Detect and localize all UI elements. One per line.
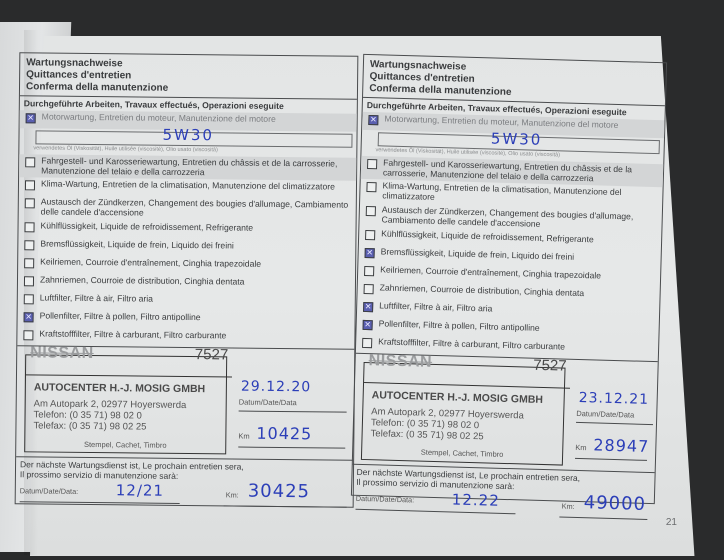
date-km-column: 29.12.20 Datum/Date/Data Km 10425 bbox=[230, 349, 354, 460]
work-item-label: Bremsflüssigkeit, Liquide de frein, Liqu… bbox=[381, 247, 575, 262]
checkbox-empty-icon[interactable] bbox=[364, 266, 374, 276]
work-item-label: Fahrgestell- und Karosseriewartung, Entr… bbox=[41, 156, 352, 179]
stamp-address-block: Am Autopark 2, 02977 Hoyerswerda Telefon… bbox=[370, 407, 523, 444]
service-record-card-2: Wartungsnachweise Quittances d'entretien… bbox=[351, 54, 667, 504]
page-number: 21 bbox=[666, 517, 677, 528]
work-items-list: ✕Motorwartung, Entretien du moteur, Manu… bbox=[356, 112, 665, 361]
work-item-label: Kühlflüssigkeit, Liquide de refroidissem… bbox=[40, 222, 253, 234]
checkbox-checked-icon[interactable]: ✕ bbox=[363, 320, 373, 330]
stamp-section: NISSAN 7527 AUTOCENTER H.-J. MOSIG GMBH … bbox=[353, 353, 658, 472]
work-item-label: Zahnriemen, Courroie de distribution, Ci… bbox=[40, 276, 245, 288]
checkbox-empty-icon[interactable] bbox=[366, 206, 376, 216]
stamp-fax: Telefax: (0 35 71) 98 02 25 bbox=[33, 421, 186, 434]
checkbox-empty-icon[interactable] bbox=[24, 294, 34, 304]
next-service-section: Der nächste Wartungsdienst ist, Le proch… bbox=[351, 464, 655, 531]
checkbox-empty-icon[interactable] bbox=[24, 258, 34, 268]
oil-viscosity-value: 5W30 bbox=[162, 127, 214, 145]
checkbox-checked-icon[interactable]: ✕ bbox=[24, 312, 34, 322]
checkbox-empty-icon[interactable] bbox=[364, 284, 374, 294]
header-line-it: Conferma della manutenzione bbox=[26, 81, 351, 96]
checkbox-empty-icon[interactable] bbox=[24, 240, 34, 250]
dealer-stamp: NISSAN 7527 AUTOCENTER H.-J. MOSIG GMBH … bbox=[361, 362, 566, 466]
checkbox-empty-icon[interactable] bbox=[23, 330, 33, 340]
stamp-caption: Stempel, Cachet, Timbro bbox=[25, 440, 225, 451]
checkbox-empty-icon[interactable] bbox=[25, 181, 35, 191]
date-label: Datum/Date/Data bbox=[576, 410, 654, 425]
checkbox-empty-icon[interactable] bbox=[366, 182, 376, 192]
service-date-value: 23.12.21 bbox=[578, 390, 649, 408]
stamp-brand: NISSAN bbox=[30, 345, 94, 364]
oil-viscosity-value: 5W30 bbox=[491, 131, 543, 150]
work-item-label: Klima-Wartung, Entretien de la climatisa… bbox=[41, 180, 335, 193]
stamp-rule bbox=[364, 382, 570, 389]
stamp-rule bbox=[26, 375, 232, 378]
checkbox-empty-icon[interactable] bbox=[362, 338, 372, 348]
work-items-list: ✕Motorwartung, Entretien du moteur, Manu… bbox=[17, 111, 356, 349]
work-item-label: Luftfilter, Filtre à air, Filtro aria bbox=[379, 301, 492, 314]
km-value: 28947 bbox=[593, 436, 649, 456]
work-item-label: Zahnriemen, Courroie de distribution, Ci… bbox=[380, 283, 585, 299]
work-item-label: Keilriemen, Courroie d'entraînement, Cin… bbox=[40, 258, 261, 270]
km-underline bbox=[575, 458, 647, 461]
next-km-underline bbox=[559, 516, 647, 519]
next-km-label: Km: bbox=[226, 492, 239, 501]
dealer-stamp: NISSAN 7527 AUTOCENTER H.-J. MOSIG GMBH … bbox=[24, 355, 227, 455]
checkbox-empty-icon[interactable] bbox=[25, 199, 35, 209]
work-item-label: Kraftstofffilter, Filtre à carburant, Fi… bbox=[39, 330, 226, 342]
stamp-caption: Stempel, Cachet, Timbro bbox=[362, 447, 562, 461]
checkbox-checked-icon[interactable]: ✕ bbox=[363, 302, 373, 312]
next-date-label: Datum/Date/Data: bbox=[356, 495, 415, 505]
stamp-dealer-code: 7527 bbox=[533, 357, 567, 375]
km-value: 10425 bbox=[256, 425, 312, 444]
work-item-label: Motorwartung, Entretien du moteur, Manut… bbox=[42, 113, 276, 125]
checkbox-empty-icon[interactable] bbox=[24, 276, 34, 286]
work-item-label: Pollenfilter, Filtre à pollen, Filtro an… bbox=[379, 319, 540, 333]
card-header: Wartungsnachweise Quittances d'entretien… bbox=[20, 53, 357, 100]
service-record-card-1: Wartungsnachweise Quittances d'entretien… bbox=[15, 52, 359, 508]
next-service-section: Der nächste Wartungsdienst ist, Le proch… bbox=[16, 456, 354, 519]
stamp-brand: NISSAN bbox=[368, 352, 432, 372]
checkbox-empty-icon[interactable] bbox=[24, 222, 34, 232]
work-item-label: Keilriemen, Courroie d'entraînement, Cin… bbox=[380, 265, 601, 281]
stamp-company: AUTOCENTER H.-J. MOSIG GMBH bbox=[372, 389, 544, 406]
work-item-label: Austausch der Zündkerzen, Changement des… bbox=[41, 198, 352, 221]
work-item[interactable]: Austausch der Zündkerzen, Changement des… bbox=[19, 196, 356, 223]
next-km-underline bbox=[224, 506, 347, 508]
work-item-label: Kühlflüssigkeit, Liquide de refroidissem… bbox=[381, 229, 594, 245]
checkbox-checked-icon[interactable]: ✕ bbox=[365, 248, 375, 258]
km-label: Km bbox=[575, 444, 586, 453]
work-item-label: Luftfilter, Filtre à air, Filtro aria bbox=[40, 294, 153, 305]
stamp-address-block: Am Autopark 2, 02977 Hoyerswerda Telefon… bbox=[33, 400, 186, 434]
next-date-label: Datum/Date/Data: bbox=[20, 487, 78, 496]
checkbox-checked-icon[interactable]: ✕ bbox=[26, 114, 36, 124]
next-date-value: 12/21 bbox=[116, 482, 164, 500]
work-item[interactable]: Fahrgestell- und Karosseriewartung, Entr… bbox=[19, 154, 356, 181]
checkbox-empty-icon[interactable] bbox=[367, 159, 377, 169]
next-date-value: 12.22 bbox=[452, 491, 500, 510]
stamp-dealer-code: 7527 bbox=[195, 346, 229, 364]
km-label: Km bbox=[238, 433, 249, 442]
checkbox-empty-icon[interactable] bbox=[25, 157, 35, 167]
service-date-value: 29.12.20 bbox=[241, 379, 312, 396]
stamp-section: NISSAN 7527 AUTOCENTER H.-J. MOSIG GMBH … bbox=[16, 345, 354, 460]
work-item-label: Pollenfilter, Filtre à pollen, Filtro an… bbox=[40, 312, 201, 324]
date-label: Datum/Date/Data bbox=[239, 399, 347, 413]
next-km-value: 30425 bbox=[248, 482, 310, 503]
checkbox-empty-icon[interactable] bbox=[365, 230, 375, 240]
km-underline bbox=[238, 447, 345, 449]
next-km-value: 49000 bbox=[583, 493, 646, 515]
next-km-label: Km: bbox=[562, 502, 575, 511]
work-item-label: Kraftstofffilter, Filtre à carburant, Fi… bbox=[378, 337, 565, 352]
work-item-label: Bremsflüssigkeit, Liquide de frein, Liqu… bbox=[40, 240, 234, 252]
date-km-column: 23.12.21 Datum/Date/Data Km 28947 bbox=[567, 360, 658, 472]
stamp-company: AUTOCENTER H.-J. MOSIG GMBH bbox=[34, 382, 205, 396]
next-date-underline bbox=[20, 501, 180, 504]
checkbox-checked-icon[interactable]: ✕ bbox=[368, 115, 378, 125]
